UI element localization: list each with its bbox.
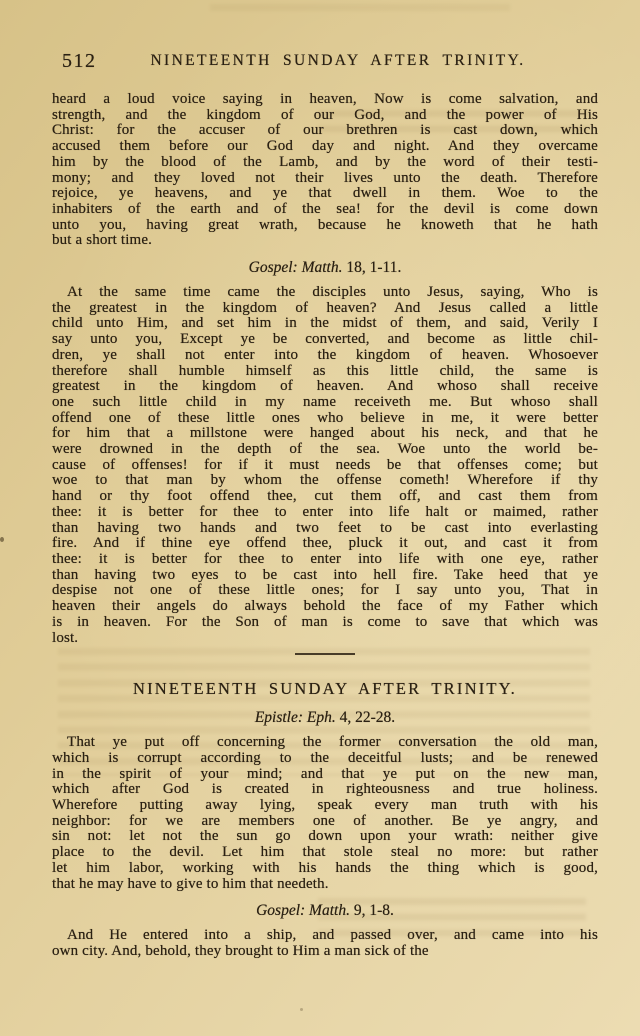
page-content: 512 NINETEENTH SUNDAY AFTER TRINITY. hea… xyxy=(52,52,598,960)
ink-speck xyxy=(0,537,4,542)
text-line: Christ: for the accuser of our brethren … xyxy=(52,123,598,139)
section-divider xyxy=(295,653,355,655)
text-line: him by the blood of the Lamb, and by the… xyxy=(52,155,598,171)
scripture-verses: 18, 1-11. xyxy=(343,259,402,276)
paragraph: That ye put off concerning the former co… xyxy=(52,735,598,892)
text-line: heaven their angels do always behold the… xyxy=(52,599,598,615)
text-line: despise not one of these little ones; fo… xyxy=(52,583,598,599)
text-line: That ye put off concerning the former co… xyxy=(52,735,598,751)
text-line: child unto Him, and set him in the midst… xyxy=(52,316,598,332)
scripture-verses: 4, 22-28. xyxy=(336,709,395,726)
text-line: for him that a millstone were hanged abo… xyxy=(52,426,598,442)
scripture-book-italic: Gospel: Matth. xyxy=(256,902,350,919)
text-line: thee: it is better for thee to enter int… xyxy=(52,505,598,521)
scripture-reference: Epistle: Eph. 4, 22-28. xyxy=(52,708,598,727)
text-line: Wherefore putting away lying, speak ever… xyxy=(52,798,598,814)
text-line: And He entered into a ship, and passed o… xyxy=(52,928,598,944)
text-line: which after God is created in righteousn… xyxy=(52,782,598,798)
running-title: NINETEENTH SUNDAY AFTER TRINITY. xyxy=(52,52,598,70)
text-line: woe to that man by whom the offense come… xyxy=(52,473,598,489)
text-line: the greatest in the kingdom of heaven? A… xyxy=(52,301,598,317)
text-line: in the spirit of your mind; and that ye … xyxy=(52,767,598,783)
text-line: but a short time. xyxy=(52,233,598,249)
text-line: cause of offenses! for if it must needs … xyxy=(52,458,598,474)
text-line: own city. And, behold, they brought to H… xyxy=(52,944,598,960)
text-line: is in heaven. For the Son of man is come… xyxy=(52,615,598,631)
text-line: than having two eyes to be cast into hel… xyxy=(52,568,598,584)
scripture-verses: 9, 1-8. xyxy=(350,902,394,919)
text-line: sin not: let not the sun go down upon yo… xyxy=(52,829,598,845)
text-line: were drowned in the depth of the sea. Wo… xyxy=(52,442,598,458)
page-number: 512 xyxy=(62,50,97,73)
text-line: than having two hands and two feet to be… xyxy=(52,521,598,537)
show-through-ghost xyxy=(210,4,510,18)
scripture-reference: Gospel: Matth. 18, 1-11. xyxy=(52,258,598,277)
ink-speck xyxy=(300,1008,303,1011)
text-line: therefore shall humble himself as this l… xyxy=(52,364,598,380)
text-line: heard a loud voice saying in heaven, Now… xyxy=(52,92,598,108)
section-heading: NINETEENTH SUNDAY AFTER TRINITY. xyxy=(52,679,598,699)
text-line: inhabiters of the earth and of the sea! … xyxy=(52,202,598,218)
text-line: place to the devil. Let him that stole s… xyxy=(52,845,598,861)
book-page-scan: 512 NINETEENTH SUNDAY AFTER TRINITY. hea… xyxy=(0,0,640,1036)
paragraph: heard a loud voice saying in heaven, Now… xyxy=(52,92,598,249)
text-line: rejoice, ye heavens, and ye that dwell i… xyxy=(52,186,598,202)
text-line: offend one of these little ones who beli… xyxy=(52,411,598,427)
text-line: which is corrupt according to the deceit… xyxy=(52,751,598,767)
text-line: that he may have to give to him that nee… xyxy=(52,877,598,893)
page-header: 512 NINETEENTH SUNDAY AFTER TRINITY. xyxy=(52,52,598,74)
scripture-book-italic: Gospel: Matth. xyxy=(249,259,343,276)
text-line: fire. And if thine eye offend thee, pluc… xyxy=(52,536,598,552)
text-line: thee: it is better for thee to enter int… xyxy=(52,552,598,568)
text-line: greatest in the kingdom of heaven. And w… xyxy=(52,379,598,395)
text-line: lost. xyxy=(52,631,598,647)
text-line: hand or thy foot offend thee, cut them o… xyxy=(52,489,598,505)
text-line: say unto you, Except ye be converted, an… xyxy=(52,332,598,348)
text-line: strength, and the kingdom of our God, an… xyxy=(52,108,598,124)
text-line: unto you, having great wrath, because he… xyxy=(52,218,598,234)
text-line: one such little child in my name receive… xyxy=(52,395,598,411)
paragraph: And He entered into a ship, and passed o… xyxy=(52,928,598,959)
text-line: dren, ye shall not enter into the kingdo… xyxy=(52,348,598,364)
scripture-book-italic: Epistle: Eph. xyxy=(255,709,336,726)
text-line: accused them before our God day and nigh… xyxy=(52,139,598,155)
text-line: let him labor, working with his hands th… xyxy=(52,861,598,877)
scripture-reference: Gospel: Matth. 9, 1-8. xyxy=(52,901,598,920)
text-line: At the same time came the disciples unto… xyxy=(52,285,598,301)
text-line: neighbor: for we are members one of anot… xyxy=(52,814,598,830)
paragraph: At the same time came the disciples unto… xyxy=(52,285,598,646)
text-line: mony; and they loved not their lives unt… xyxy=(52,171,598,187)
text-body: heard a loud voice saying in heaven, Now… xyxy=(52,92,598,960)
